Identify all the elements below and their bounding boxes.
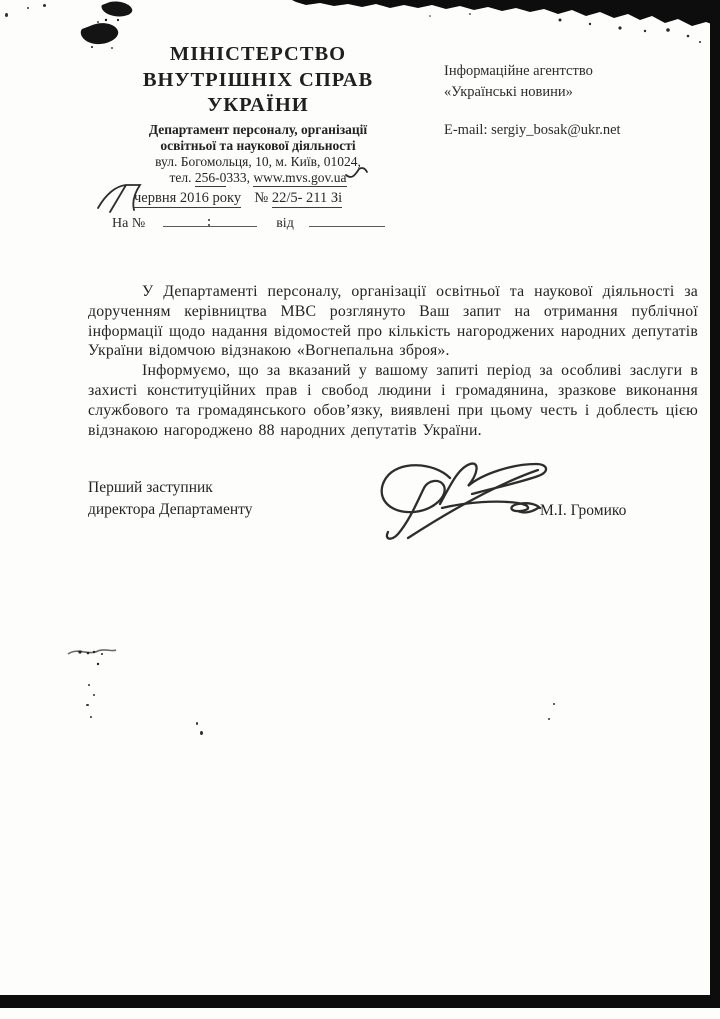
reply-date-blank: [309, 214, 385, 227]
ministry-name-line3: УКРАЇНИ: [92, 93, 424, 119]
handwritten-tick-mark: [344, 164, 370, 182]
doc-number: 22/5- 211 Зі: [272, 190, 342, 208]
letter-body: У Департаменті персоналу, організації ос…: [88, 282, 698, 440]
ministry-name-line2: ВНУТРІШНІХ СПРАВ: [92, 68, 424, 94]
letterhead: МІНІСТЕРСТВО ВНУТРІШНІХ СПРАВ УКРАЇНИ Де…: [92, 42, 424, 187]
recipient-name-line1: Інформаційне агентство: [444, 61, 694, 82]
body-paragraph-2: Інформуємо, що за вказаний у вашому запи…: [88, 361, 698, 440]
phone-number-rest: 333,: [226, 170, 253, 185]
scan-speck: [43, 4, 46, 7]
handwritten-signature: [322, 446, 562, 546]
department-name: Департамент персоналу, організації освіт…: [92, 122, 424, 154]
scan-speck: [90, 716, 92, 718]
scan-artifact-smudge: [64, 640, 122, 670]
reply-number-blank: [163, 214, 257, 227]
address-line: вул. Богомольця, 10, м. Київ, 01024,: [92, 154, 424, 171]
recipient-email: E-mail: sergiy_bosak@ukr.net: [444, 122, 704, 139]
scan-speck: [196, 722, 198, 725]
reply-from-label: від: [276, 216, 294, 231]
scan-speck: [88, 684, 90, 686]
scan-speck: [548, 718, 550, 720]
ministry-name-line1: МІНІСТЕРСТВО: [92, 42, 424, 68]
scan-speck: [200, 731, 203, 735]
signer-title-line2: директора Департаменту: [88, 499, 252, 521]
scan-speck: [553, 703, 555, 705]
scan-speck: [27, 7, 29, 9]
reply-ref-label: На №: [112, 216, 145, 231]
doc-number-symbol: №: [254, 190, 268, 206]
recipient-block: Інформаційне агентство «Українські новин…: [444, 61, 694, 102]
website-link: www.mvs.gov.ua: [253, 170, 346, 187]
recipient-name-line2: «Українські новини»: [444, 82, 694, 103]
phone-number-underlined: 256-0: [195, 170, 227, 187]
department-name-line2: освітньої та наукової діяльності: [92, 138, 424, 154]
scanned-letter-page: МІНІСТЕРСТВО ВНУТРІШНІХ СПРАВ УКРАЇНИ Де…: [0, 0, 720, 1019]
scan-speck: [5, 13, 8, 17]
body-paragraph-1: У Департаменті персоналу, організації ос…: [88, 282, 698, 361]
signer-title: Перший заступник директора Департаменту: [88, 477, 252, 520]
phone-label: тел.: [169, 170, 194, 185]
date-text: червня 2016 року: [134, 190, 241, 208]
date-line: червня 2016 року № 22/5- 211 Зі: [134, 190, 342, 207]
reply-ref-line: На № від: [112, 214, 385, 232]
scan-speck: [86, 704, 89, 706]
scan-artifact-right-edge: [710, 0, 720, 1002]
signer-name: М.І. Громико: [540, 502, 626, 520]
department-name-line1: Департамент персоналу, організації: [92, 122, 424, 138]
signer-title-line1: Перший заступник: [88, 477, 252, 499]
scan-artifact-bottom-edge: [0, 995, 720, 1008]
scan-speck: [93, 694, 95, 696]
